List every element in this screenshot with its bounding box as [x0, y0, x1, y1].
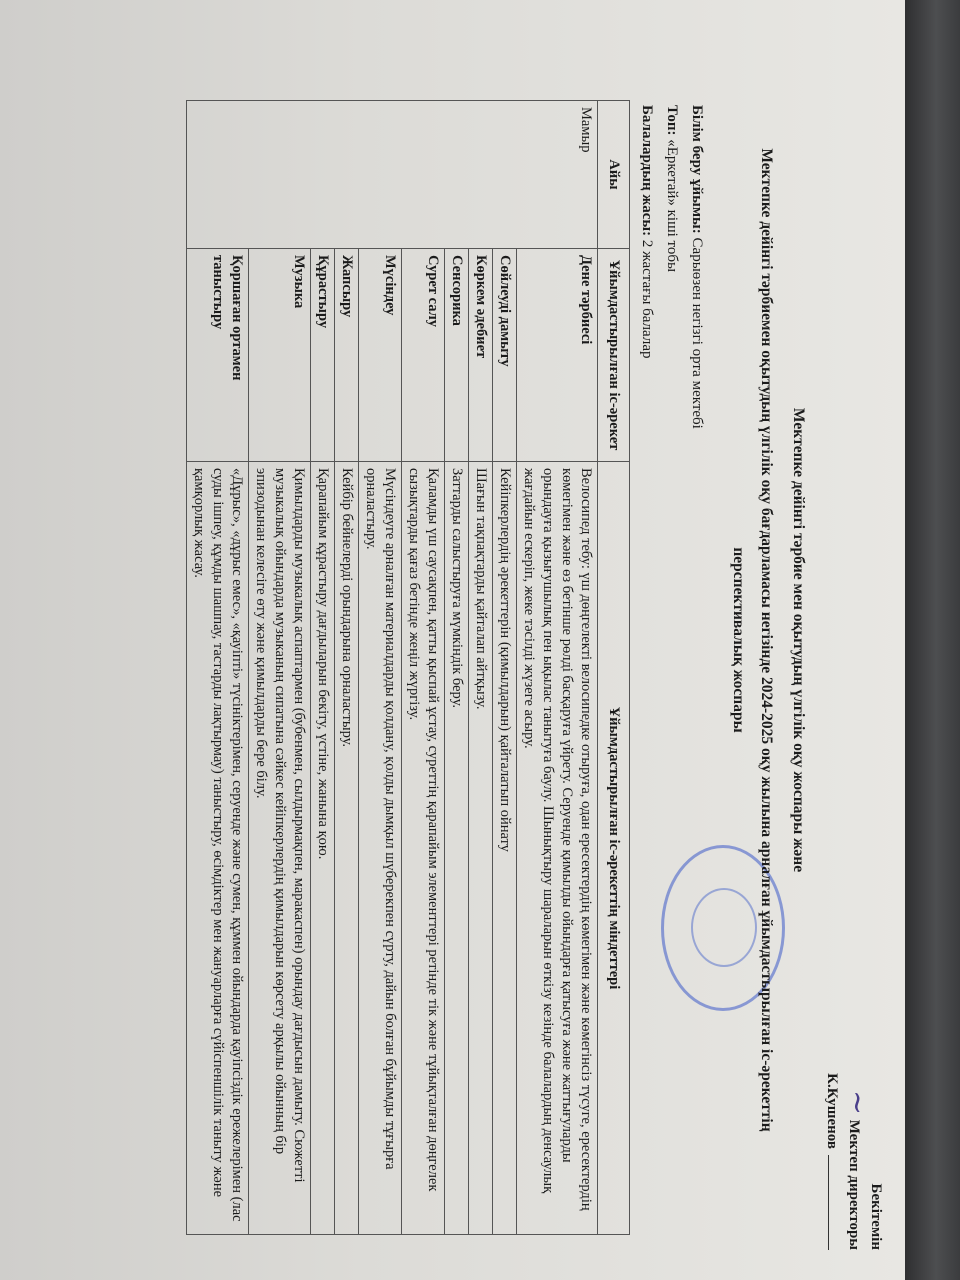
table-row: МүсіндеуМүсіндеуге арналған материалдард…: [359, 101, 402, 1235]
document-page: Бекітемін Мектеп директоры К.Кушенов ~ М…: [0, 0, 905, 1280]
task-cell: Қаламды үш саусақпен, қатты қыспай ұстау…: [402, 462, 445, 1235]
task-cell: Қимылдарды музыкалық аспаптармен (бубенм…: [249, 462, 311, 1235]
desk-surface: [900, 0, 960, 1280]
age-line: Балалардың жасы: 2 жастағы балалар: [638, 105, 655, 359]
table-row: МузыкаҚимылдарды музыкалық аспаптармен (…: [249, 101, 311, 1235]
header-tasks: Ұйымдастырылған іс-әрекеттің міндеттері: [598, 462, 630, 1235]
task-cell: Мүсіндеуге арналған материалдарды қолдан…: [359, 462, 402, 1235]
activity-cell: Көркем әдебиет: [469, 249, 493, 462]
task-cell: Велосипед тебу: үш дөңгелекті велосипедк…: [517, 462, 598, 1235]
task-cell: Кейіпкерлердің әрекеттерін (қимылдарын) …: [493, 462, 517, 1235]
group-value: «Еркетай» кіші тобы: [664, 139, 680, 272]
activity-cell: Сөйлеуді дамыту: [493, 249, 517, 462]
org-line: Білім беру ұйымы: Сарыөзен негізгі орта …: [688, 105, 705, 429]
activity-cell: Музыка: [249, 249, 311, 462]
org-value: Сарыөзен негізгі орта мектебі: [689, 238, 705, 429]
table-row: Көркем әдебиетШағын тақпақтарды қайталап…: [469, 101, 493, 1235]
table-row: Қоршаған ортамен таныстыру«Дұрыс», «дұры…: [187, 101, 249, 1235]
table-row: СенсорикаЗаттарды салыстыруға мүмкіндік …: [445, 101, 469, 1235]
activity-cell: Сенсорика: [445, 249, 469, 462]
task-cell: Қарапайым құрастыру дағдыларын бекіту, ү…: [311, 462, 335, 1235]
table-row: Сөйлеуді дамытуКейіпкерлердің әрекеттері…: [493, 101, 517, 1235]
director-name: К.Кушенов: [824, 1073, 840, 1149]
table-row: МамырДене тәрбиесіВелосипед тебу: үш дөң…: [517, 101, 598, 1235]
header-activity: Ұйымдастырылған іс-әрекет: [598, 249, 630, 462]
activity-cell: Қоршаған ортамен таныстыру: [187, 249, 249, 462]
title-line-1: Мектепке дейінгі тәрбие мен оқытудың үлг…: [789, 0, 807, 1280]
table-row: Сурет салуҚаламды үш саусақпен, қатты қы…: [402, 101, 445, 1235]
table-row: ҚұрастыруҚарапайым құрастыру дағдыларын …: [311, 101, 335, 1235]
plan-table: Айы Ұйымдастырылған іс-әрекет Ұйымдастыр…: [186, 100, 630, 1235]
header-month: Айы: [598, 101, 630, 249]
task-cell: Заттарды салыстыруға мүмкіндік беру.: [445, 462, 469, 1235]
activity-cell: Сурет салу: [402, 249, 445, 462]
task-cell: Шағын тақпақтарды қайталап айтқызу.: [469, 462, 493, 1235]
activity-cell: Жапсыру: [335, 249, 359, 462]
age-label: Балалардың жасы:: [639, 105, 655, 236]
table-row: ЖапсыруКейбір бейнелерді орындарына орна…: [335, 101, 359, 1235]
activity-cell: Құрастыру: [311, 249, 335, 462]
signature-line: [828, 1155, 829, 1250]
signature-scribble: ~: [840, 1090, 875, 1115]
activity-cell: Дене тәрбиесі: [517, 249, 598, 462]
age-value: 2 жастағы балалар: [639, 240, 655, 359]
title-line-3: перспективалық жоспары: [729, 0, 747, 1280]
group-label: Топ:: [664, 105, 680, 135]
stamp-emblem: [691, 888, 757, 967]
task-cell: Кейбір бейнелерді орындарына орналастыру…: [335, 462, 359, 1235]
title-line-2: Мектепке дейінгі тәрбиемен оқытудың үлгі…: [757, 0, 775, 1280]
month-cell: Мамыр: [187, 101, 598, 249]
task-cell: «Дұрыс», «дұрыс емес», «қауіпті» түсінік…: [187, 462, 249, 1235]
group-line: Топ: «Еркетай» кіші тобы: [663, 105, 680, 272]
org-label: Білім беру ұйымы:: [689, 105, 705, 234]
activity-cell: Мүсіндеу: [359, 249, 402, 462]
